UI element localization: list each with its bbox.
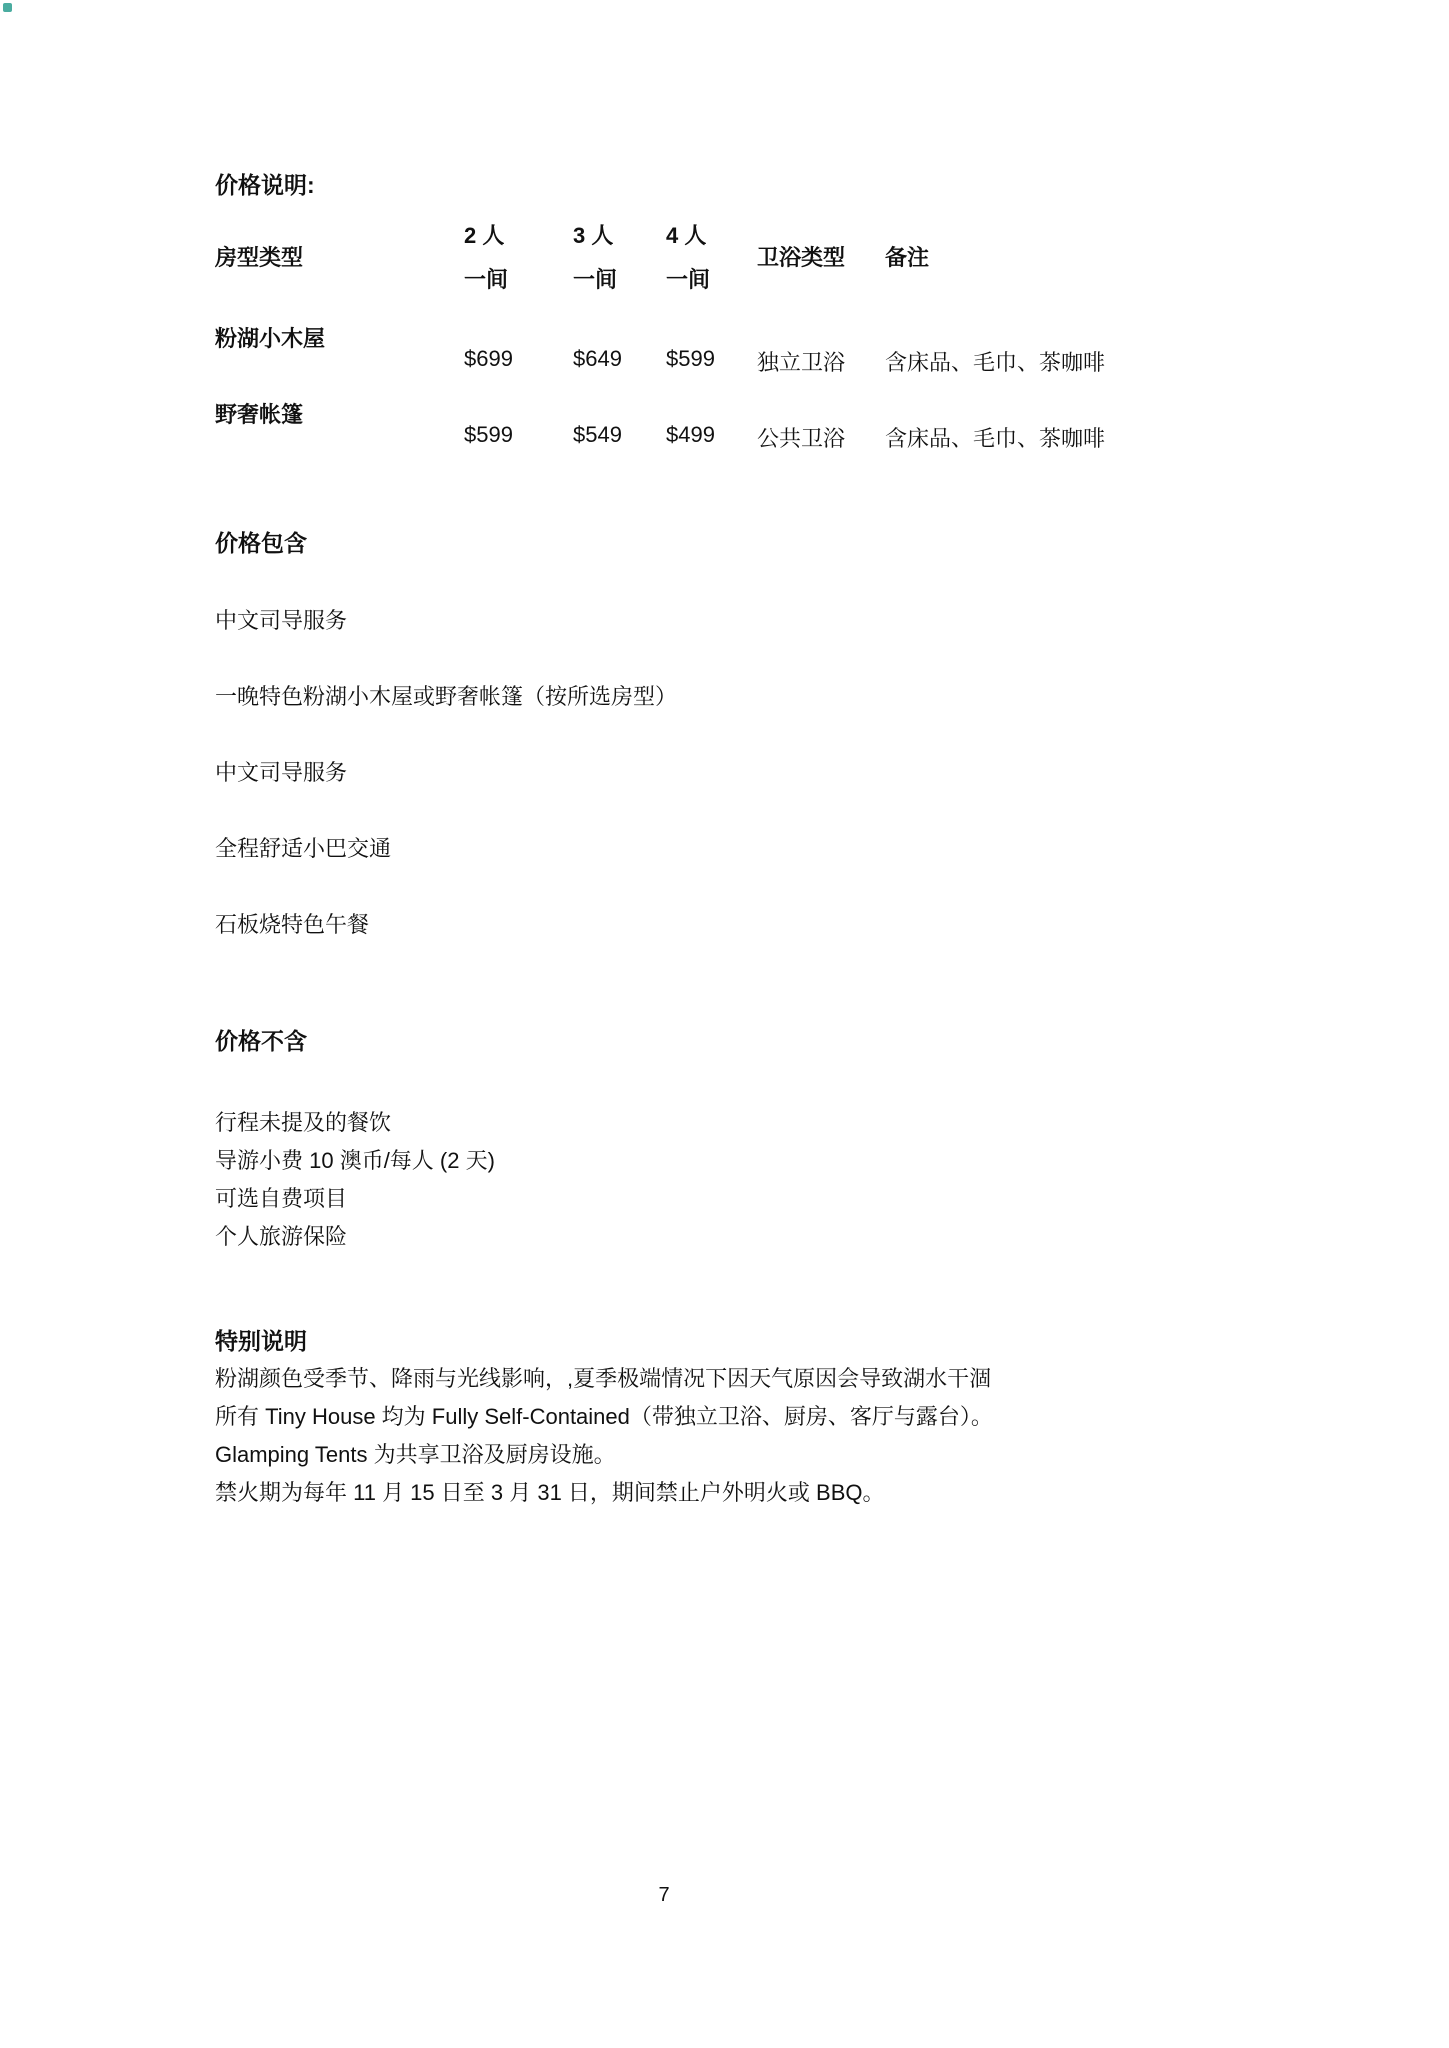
table-row-cabin-price-4: $599 bbox=[666, 322, 757, 378]
table-row-spacer bbox=[215, 302, 1105, 322]
price-includes-section: 价格包含 中文司导服务 一晚特色粉湖小木屋或野奢帐篷（按所选房型） 中文司导服务… bbox=[215, 530, 677, 936]
exclude-item-meals: 行程未提及的餐饮 bbox=[215, 1104, 495, 1142]
table-row-tent-price-2: $599 bbox=[464, 398, 573, 454]
note-line-lake-color: 粉湖颜色受季节、降雨与光线影响，,夏季极端情况下因天气原因会导致湖水干涸 bbox=[215, 1360, 993, 1398]
table-header-remark: 备注 bbox=[885, 214, 1105, 302]
corner-artifact-mark bbox=[3, 3, 12, 12]
table-row-cabin-price-3: $649 bbox=[573, 322, 666, 378]
table-header-occupancy-2-line2: 一间 bbox=[464, 258, 573, 302]
table-row-tent-name: 野奢帐篷 bbox=[215, 398, 464, 454]
table-header-occupancy-2-line1: 2 人 bbox=[464, 214, 573, 258]
price-excludes-section: 价格不含 行程未提及的餐饮 导游小费 10 澳币/每人 (2 天) 可选自费项目… bbox=[215, 1028, 495, 1256]
price-excludes-title: 价格不含 bbox=[215, 1028, 495, 1054]
note-line-glamping-tents: Glamping Tents 为共享卫浴及厨房设施。 bbox=[215, 1436, 993, 1474]
exclude-item-tips: 导游小费 10 澳币/每人 (2 天) bbox=[215, 1142, 495, 1180]
include-item-accommodation: 一晚特色粉湖小木屋或野奢帐篷（按所选房型） bbox=[215, 685, 677, 708]
table-row-cabin-bathroom: 独立卫浴 bbox=[757, 322, 885, 378]
table-header-occupancy-2: 2 人 一间 bbox=[464, 214, 573, 302]
special-notes-title: 特别说明 bbox=[215, 1322, 993, 1360]
table-header-occupancy-3-line1: 3 人 bbox=[573, 214, 666, 258]
table-row-cabin-price-2: $699 bbox=[464, 322, 573, 378]
exclude-item-insurance: 个人旅游保险 bbox=[215, 1218, 495, 1256]
table-row-tent-price-3: $549 bbox=[573, 398, 666, 454]
include-item-lunch: 石板烧特色午餐 bbox=[215, 913, 677, 936]
table-row-tent-bathroom: 公共卫浴 bbox=[757, 398, 885, 454]
table-row-cabin-name: 粉湖小木屋 bbox=[215, 322, 464, 378]
include-item-minibus: 全程舒适小巴交通 bbox=[215, 837, 677, 860]
table-header-occupancy-4-line1: 4 人 bbox=[666, 214, 757, 258]
include-item-driver-guide-1: 中文司导服务 bbox=[215, 609, 677, 632]
table-header-occupancy-4-line2: 一间 bbox=[666, 258, 757, 302]
page-number: 7 bbox=[215, 1884, 1113, 1907]
exclude-item-optional: 可选自费项目 bbox=[215, 1180, 495, 1218]
pricing-table: 房型类型 2 人 一间 3 人 一间 4 人 一间 卫浴类型 备注 粉湖小木屋 … bbox=[215, 214, 1105, 454]
table-header-occupancy-3-line2: 一间 bbox=[573, 258, 666, 302]
table-row-spacer bbox=[215, 378, 1105, 398]
table-header-bathroom: 卫浴类型 bbox=[757, 214, 885, 302]
document-page: 价格说明: 房型类型 2 人 一间 3 人 一间 4 人 一间 卫浴类型 备注 … bbox=[0, 0, 1449, 2048]
table-row-cabin-remark: 含床品、毛巾、茶咖啡 bbox=[885, 322, 1105, 378]
note-line-fire-ban: 禁火期为每年 11 月 15 日至 3 月 31 日，期间禁止户外明火或 BBQ… bbox=[215, 1474, 993, 1512]
table-header-occupancy-4: 4 人 一间 bbox=[666, 214, 757, 302]
table-row-tent-price-4: $499 bbox=[666, 398, 757, 454]
note-line-tiny-house: 所有 Tiny House 均为 Fully Self-Contained（带独… bbox=[215, 1398, 993, 1436]
include-item-driver-guide-2: 中文司导服务 bbox=[215, 761, 677, 784]
price-includes-title: 价格包含 bbox=[215, 530, 677, 556]
table-row-tent-remark: 含床品、毛巾、茶咖啡 bbox=[885, 398, 1105, 454]
table-header-occupancy-3: 3 人 一间 bbox=[573, 214, 666, 302]
pricing-section-title: 价格说明: bbox=[215, 172, 315, 198]
table-header-room-type: 房型类型 bbox=[215, 214, 464, 302]
special-notes-section: 特别说明 粉湖颜色受季节、降雨与光线影响，,夏季极端情况下因天气原因会导致湖水干… bbox=[215, 1322, 993, 1512]
